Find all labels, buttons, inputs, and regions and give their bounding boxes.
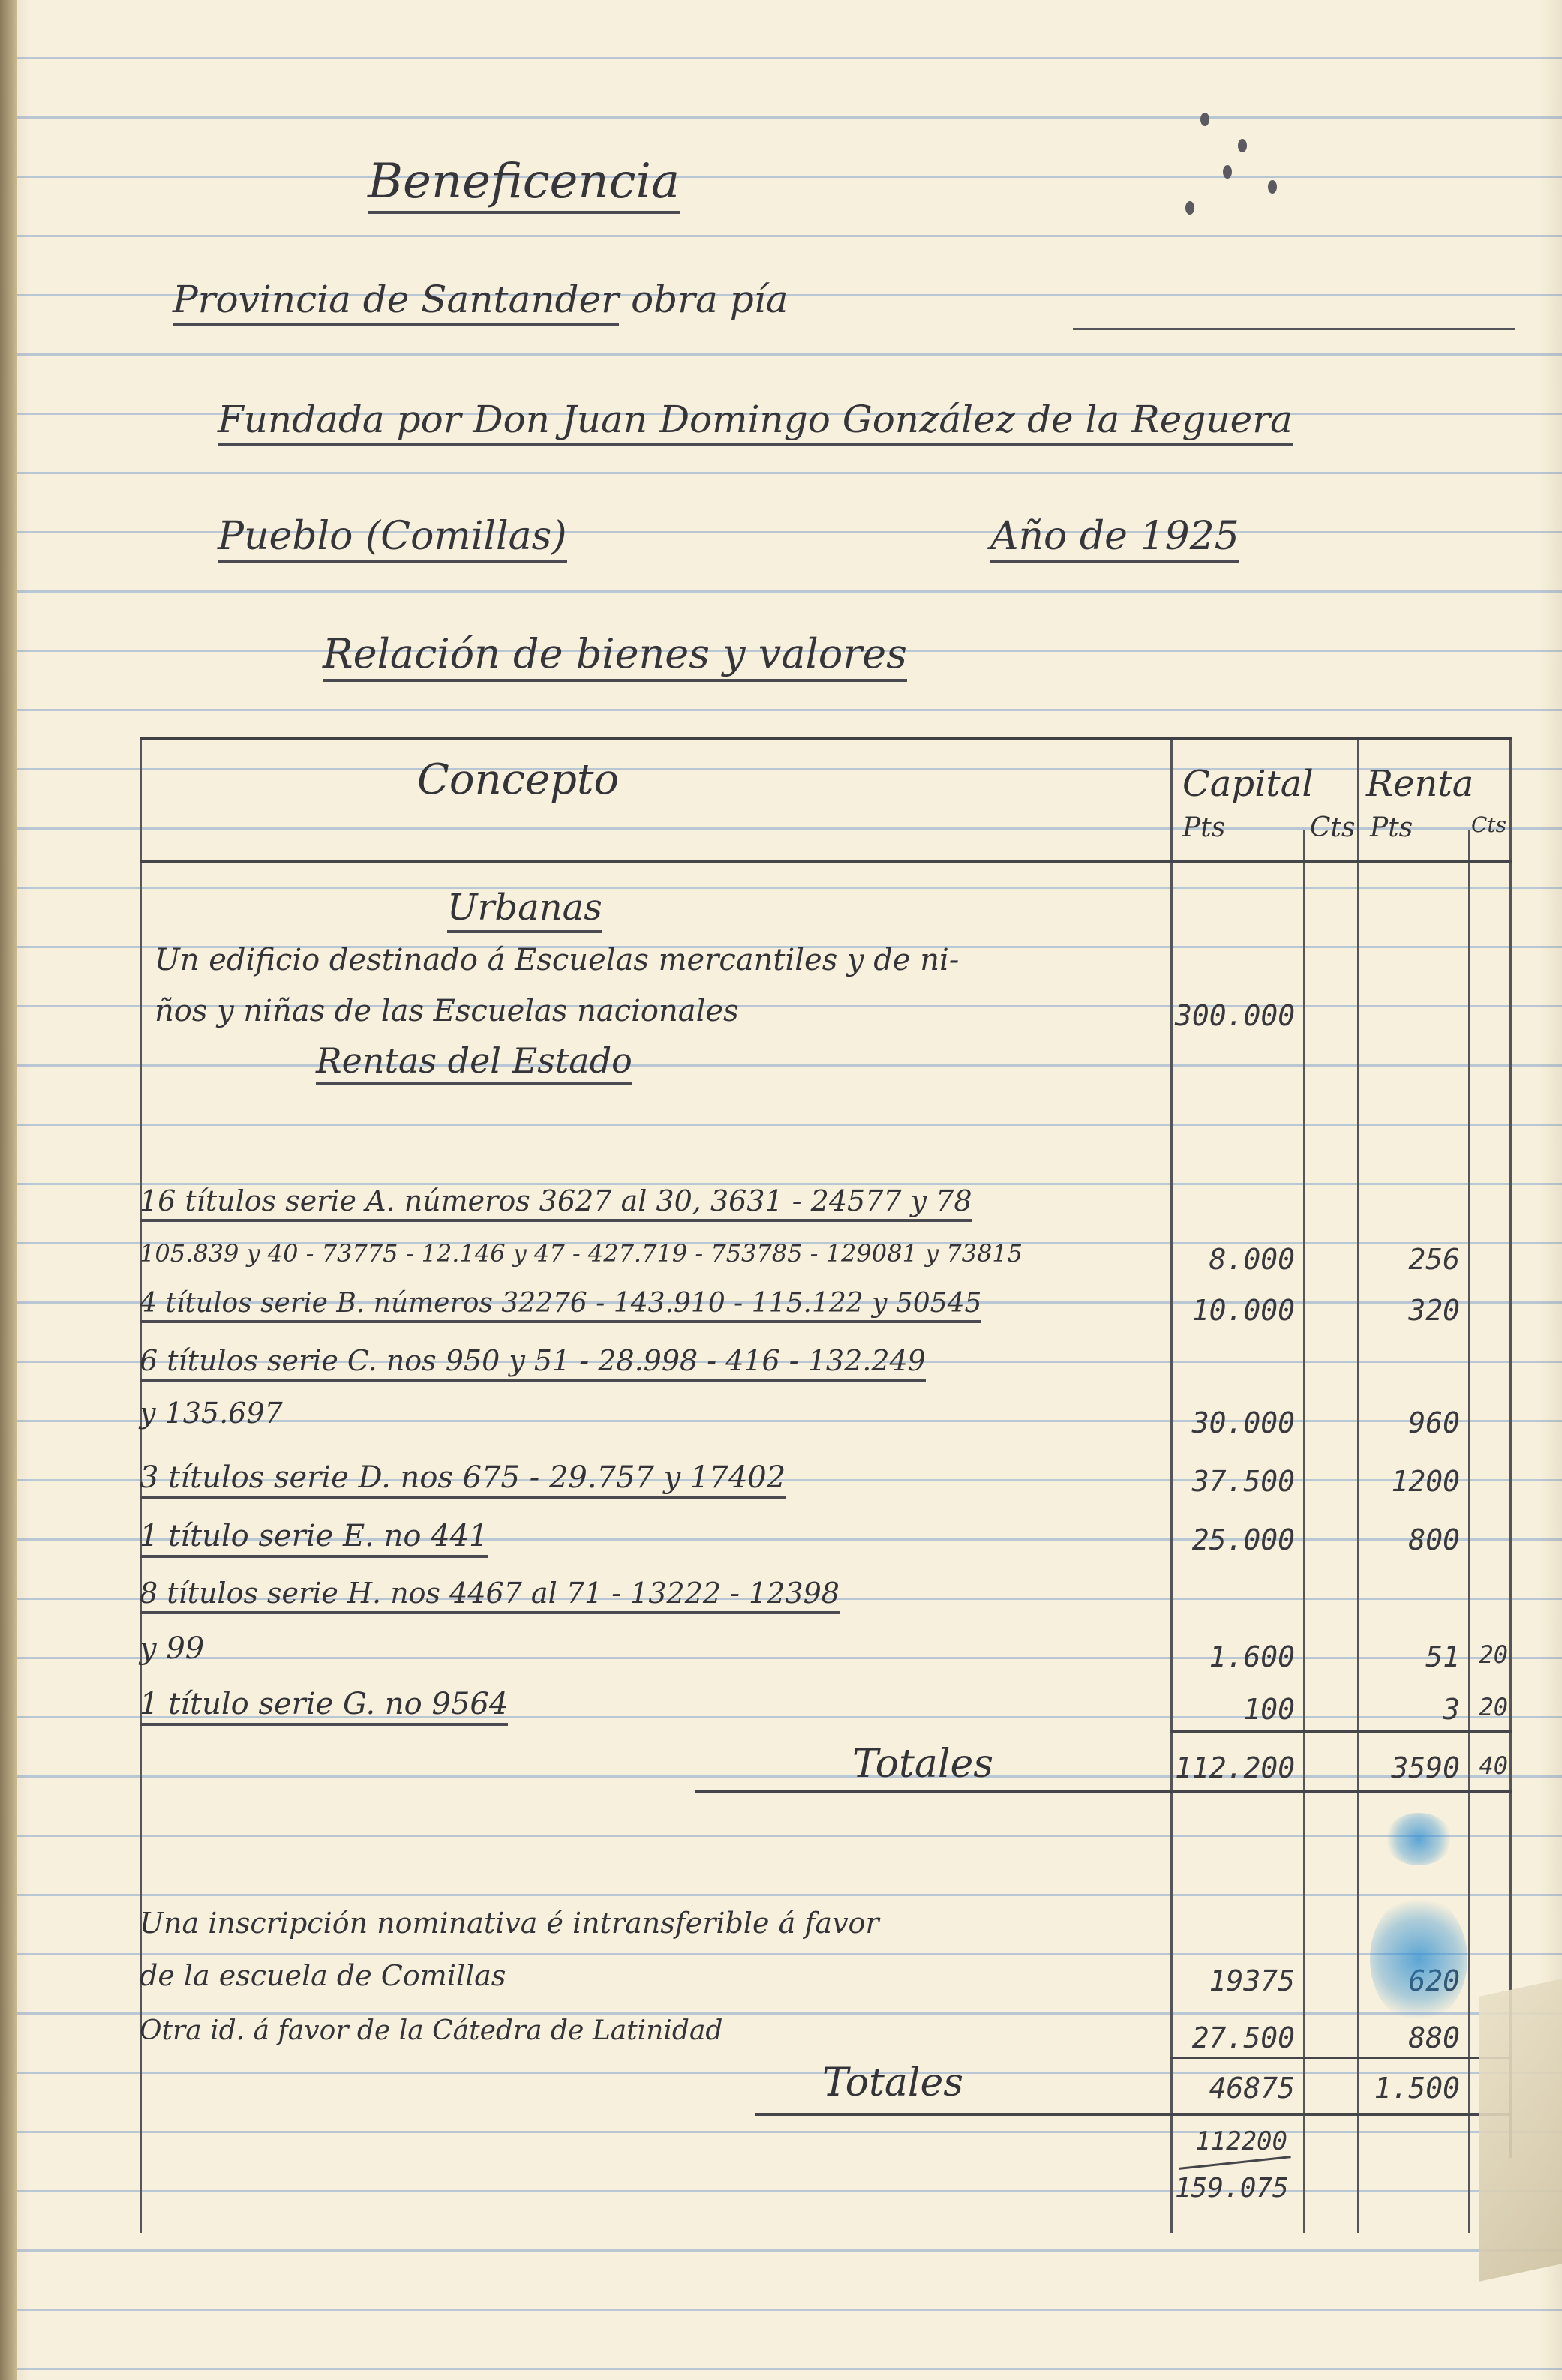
subtotal-rule: [1170, 1730, 1512, 1733]
header-renta: Renta: [1366, 763, 1473, 805]
rentas-row-d-renta: 1200: [1362, 1465, 1460, 1498]
rentas-row-e-renta: 800: [1362, 1523, 1460, 1556]
rentas-row-g-capital: 100: [1175, 1693, 1295, 1726]
rentas-row-h-renta: 51: [1362, 1640, 1460, 1673]
urbanas-row-line-2: ños y niñas de las Escuelas nacionales: [155, 994, 739, 1028]
renta-cts-border: [1468, 830, 1470, 2233]
totals-2-label: Totales: [822, 2060, 963, 2105]
totals-1-rule: [695, 1790, 1512, 1793]
urbanas-capital: 300.000: [1175, 999, 1295, 1032]
totals-1-label: Totales: [852, 1742, 993, 1787]
rentas-row-h-renta-cts: 20: [1472, 1640, 1508, 1669]
other-row-2-capital: 27.500: [1175, 2021, 1295, 2054]
ledger-page: Beneficencia Provincia de Santander obra…: [0, 0, 1562, 2380]
rentas-row-h-capital: 1.600: [1175, 1640, 1295, 1673]
ink-stain: [1385, 1813, 1452, 1865]
province-name: Provincia de Santander: [173, 278, 619, 326]
rentas-row-h-line-2: y 99: [140, 1631, 204, 1666]
founder-line: Fundada por Don Juan Domingo González de…: [218, 398, 1293, 446]
rentas-row-g-renta-cts: 20: [1472, 1693, 1508, 1721]
grand-sum-rule: [1179, 2156, 1290, 2170]
other-row-2-line-1: Otra id. á favor de la Cátedra de Latini…: [140, 2015, 722, 2046]
header-capital-cts: Cts: [1310, 812, 1356, 843]
rentas-row-c-line-1: 6 títulos serie C. nos 950 y 51 - 28.998…: [140, 1344, 926, 1382]
other-row-2-renta: 880: [1362, 2021, 1460, 2054]
header-concept: Concepto: [417, 755, 619, 804]
rentas-row-c-renta: 960: [1362, 1406, 1460, 1439]
other-row-1-line-1: Una inscripción nominativa é intransferi…: [140, 1907, 879, 1940]
rentas-row-a-line-1: 16 títulos serie A. números 3627 al 30, …: [140, 1184, 972, 1222]
document-title: Beneficencia: [368, 154, 680, 214]
rentas-row-a-line-2: 105.839 y 40 - 73775 - 12.146 y 47 - 427…: [140, 1239, 1023, 1268]
totals-1-capital: 112.200: [1175, 1751, 1295, 1784]
header-capital-pts: Pts: [1182, 812, 1225, 843]
grand-sum-result: 159.075: [1175, 2173, 1287, 2204]
rentas-row-c-capital: 30.000: [1175, 1406, 1295, 1439]
renta-col-border: [1357, 740, 1359, 2233]
ink-blot: [1185, 201, 1194, 215]
totals-2-rule: [755, 2113, 1512, 2116]
rentas-row-a-renta: 256: [1362, 1243, 1460, 1276]
header-renta-cts: Cts: [1471, 812, 1506, 837]
section-urbanas: Urbanas: [447, 887, 602, 933]
subject-line: Relación de bienes y valores: [323, 630, 907, 682]
rentas-row-g-line-1: 1 título serie G. no 9564: [140, 1687, 508, 1726]
blank-rule: [1073, 328, 1515, 330]
ink-blot: [1200, 113, 1209, 126]
subtotal-rule-2: [1170, 2057, 1512, 2059]
province-suffix: obra pía: [631, 278, 789, 321]
rentas-row-b-renta: 320: [1362, 1294, 1460, 1327]
rentas-row-d-line-1: 3 títulos serie D. nos 675 - 29.757 y 17…: [140, 1460, 786, 1499]
town-line: Pueblo (Comillas): [218, 514, 567, 563]
other-row-1-line-2: de la escuela de Comillas: [140, 1959, 506, 1992]
ink-stain: [1370, 1895, 1467, 2023]
rentas-row-a-capital: 8.000: [1175, 1243, 1295, 1276]
grand-sum-addend: 112200: [1175, 2126, 1287, 2156]
ink-blot: [1268, 180, 1277, 194]
rentas-row-b-line-1: 4 títulos serie B. números 32276 - 143.9…: [140, 1288, 981, 1323]
province-line: Provincia de Santander obra pía: [173, 278, 789, 321]
header-rule: [140, 860, 1512, 863]
assets-table: Concepto Capital Renta Pts Cts Pts Cts U…: [140, 737, 1512, 2233]
folded-corner: [1479, 1979, 1562, 2281]
totals-2-capital: 46875: [1175, 2072, 1295, 2105]
table-right-border: [1509, 740, 1512, 2158]
totals-1-renta-cts: 40: [1472, 1751, 1508, 1780]
rentas-row-e-capital: 25.000: [1175, 1523, 1295, 1556]
capital-cts-border: [1303, 830, 1305, 2233]
capital-col-border: [1170, 740, 1173, 2233]
rentas-row-c-line-2: y 135.697: [140, 1397, 283, 1430]
header-renta-pts: Pts: [1370, 812, 1413, 843]
totals-1-renta: 3590: [1362, 1751, 1460, 1784]
urbanas-row-line-1: Un edificio destinado á Escuelas mercant…: [155, 943, 959, 977]
rentas-row-b-capital: 10.000: [1175, 1294, 1295, 1327]
year-line: Año de 1925: [990, 514, 1239, 563]
ink-blot: [1238, 139, 1247, 152]
totals-2-renta: 1.500: [1362, 2072, 1460, 2105]
rentas-row-g-renta: 3: [1362, 1693, 1460, 1726]
rentas-row-d-capital: 37.500: [1175, 1465, 1295, 1498]
rentas-row-h-line-1: 8 títulos serie H. nos 4467 al 71 - 1322…: [140, 1577, 840, 1614]
header-capital: Capital: [1182, 763, 1314, 805]
other-row-1-capital: 19375: [1175, 1964, 1295, 1997]
rentas-row-e-line-1: 1 título serie E. no 441: [140, 1519, 488, 1558]
ink-blot: [1223, 165, 1232, 179]
section-rentas: Rentas del Estado: [316, 1040, 632, 1085]
